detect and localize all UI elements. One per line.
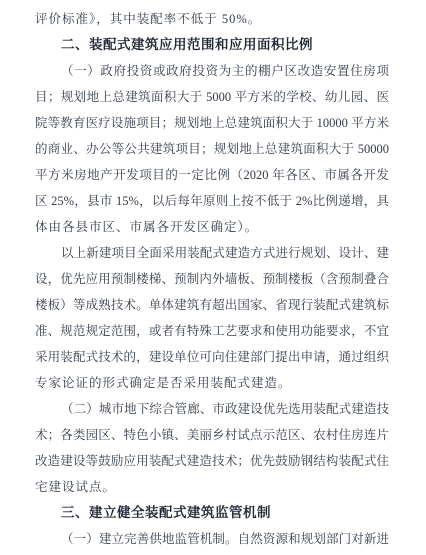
text-line: （一）建立完善供地监管机制。自然资源和规划部门对新进 xyxy=(35,526,389,552)
text-line: 院等教育医疗设施项目；规划地上总建筑面积大于 10000 平方米 xyxy=(35,110,389,136)
text-line: 采用装配式技术的，建设单位可向住建部门提出申请，通过组织 xyxy=(35,344,389,370)
text-line: （一）政府投资或政府投资为主的棚户区改造安置住房项 xyxy=(35,58,389,84)
text-line: 准、规范规定范围，或者有特殊工艺要求和使用功能要求，不宜 xyxy=(35,318,389,344)
text-line: 楼板）等成熟技术。单体建筑有超出国家、省现行装配式建筑标 xyxy=(35,292,389,318)
text-line: 的商业、办公等公共建筑项目；规划地上总建筑面积大于 50000 xyxy=(35,136,389,162)
text-line: 改造建设等鼓励应用装配式建造技术；优先鼓励钢结构装配式住 xyxy=(35,448,389,474)
text-line: 术；各类园区、特色小镇、美丽乡村试点示范区、农村住房连片 xyxy=(35,422,389,448)
document-page: 评价标准》，其中装配率不低于 50%。二、装配式建筑应用范围和应用面积比例（一）… xyxy=(0,0,426,555)
text-line: 以上新建项目全面采用装配式建造方式进行规划、设计、建 xyxy=(35,240,389,266)
text-line: 评价标准》，其中装配率不低于 50%。 xyxy=(35,6,389,32)
text-line: 专家论证的形式确定是否采用装配式建造。 xyxy=(35,370,389,396)
section-heading: 二、装配式建筑应用范围和应用面积比例 xyxy=(35,32,389,58)
text-line: 体由各县市区、市属各开发区确定）。 xyxy=(35,214,389,240)
text-line: 目；规划地上总建筑面积大于 5000 平方米的学校、幼儿园、医 xyxy=(35,84,389,110)
text-line: （二）城市地下综合管廊、市政建设优先选用装配式建造技 xyxy=(35,396,389,422)
document-body: 评价标准》，其中装配率不低于 50%。二、装配式建筑应用范围和应用面积比例（一）… xyxy=(35,6,389,552)
section-heading: 三、建立健全装配式建筑监管机制 xyxy=(35,500,389,526)
text-line: 宅建设试点。 xyxy=(35,474,389,500)
text-line: 区 25%，县市 15%，以后每年原则上按不低于 2%比例递增，具 xyxy=(35,188,389,214)
text-line: 平方米房地产开发项目的一定比例（2020 年各区、市属各开发 xyxy=(35,162,389,188)
text-line: 设，优先应用预制楼梯、预制内外墙板、预制楼板（含预制叠合 xyxy=(35,266,389,292)
